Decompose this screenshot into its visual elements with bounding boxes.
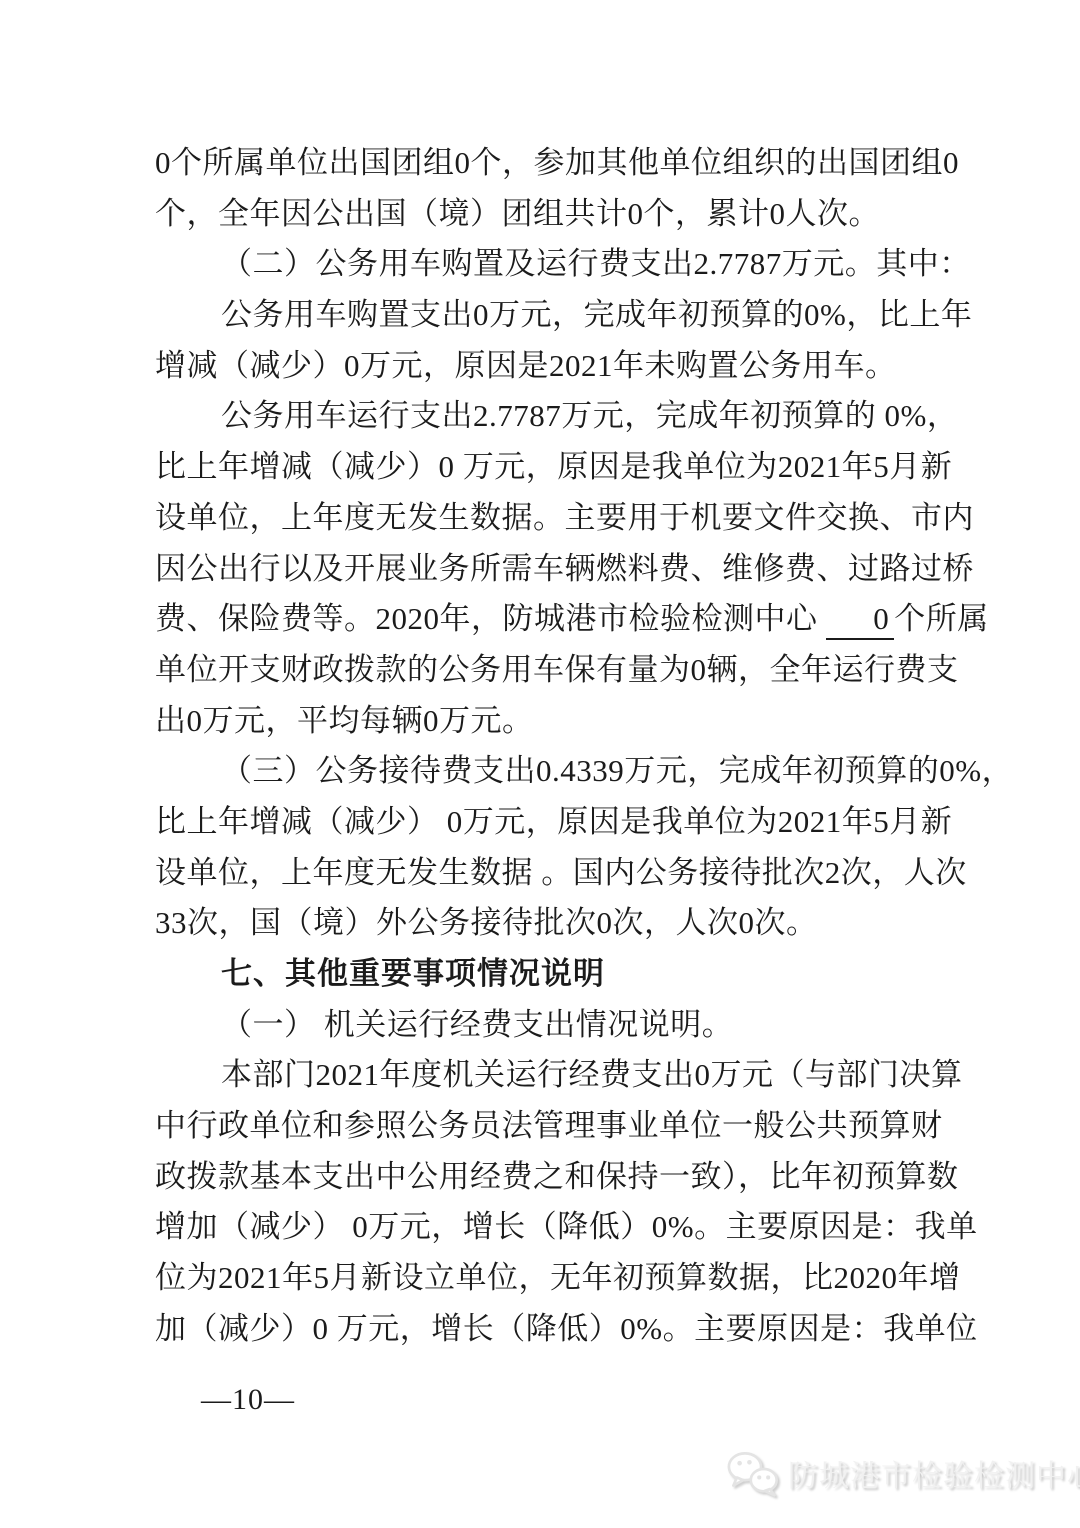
watermark: 防城港市检验检测中心 — [724, 1448, 1080, 1498]
text-line: 因公出行以及开展业务所需车辆燃料费、维修费、过路过桥 — [155, 544, 955, 595]
text-line: 位为2021年5月新设立单位，无年初预算数据，比2020年增 — [155, 1253, 955, 1304]
text-line: 个，全年因公出国（境）团组共计0个，累计0人次。 — [155, 189, 955, 240]
text-line: 0个所属单位出国团组0个，参加其他单位组织的出国团组0 — [155, 138, 955, 189]
wechat-icon — [724, 1448, 782, 1498]
text-line: 公务用车购置支出0万元，完成年初预算的0%，比上年 — [155, 290, 955, 341]
section-heading: 七、其他重要事项情况说明 — [155, 949, 955, 1000]
text-line: 设单位，上年度无发生数据 。国内公务接待批次2次，人次 — [155, 848, 955, 899]
text-line: 比上年增减（减少） 0万元，原因是我单位为2021年5月新 — [155, 797, 955, 848]
text-block: 0个所属单位出国团组0个，参加其他单位组织的出国团组0个，全年因公出国（境）团组… — [155, 138, 955, 1355]
text-line: 加（减少）0 万元，增长（降低）0%。主要原因是：我单位 — [155, 1304, 955, 1355]
text-line: （三）公务接待费支出0.4339万元，完成年初预算的0%， — [155, 746, 955, 797]
text-line: 增加（减少） 0万元，增长（降低）0%。主要原因是：我单 — [155, 1202, 955, 1253]
text-line: 设单位，上年度无发生数据。主要用于机要文件交换、市内 — [155, 493, 955, 544]
underlined-blank: 0 — [826, 600, 895, 640]
text-line: 比上年增减（减少）0 万元，原因是我单位为2021年5月新 — [155, 442, 955, 493]
text-line: 单位开支财政拨款的公务用车保有量为0辆，全年运行费支 — [155, 645, 955, 696]
watermark-label: 防城港市检验检测中心 — [788, 1451, 1080, 1495]
text-line: （一） 机关运行经费支出情况说明。 — [155, 1000, 955, 1051]
text-run: 个所属 — [894, 601, 989, 636]
text-line: 33次，国（境）外公务接待批次0次，人次0次。 — [155, 898, 955, 949]
text-line: 公务用车运行支出2.7787万元，完成年初预算的 0%， — [155, 391, 955, 442]
document-page: 0个所属单位出国团组0个，参加其他单位组织的出国团组0个，全年因公出国（境）团组… — [0, 0, 1080, 1528]
page-number: —10— — [201, 1378, 295, 1422]
text-line: 出0万元，平均每辆0万元。 — [155, 696, 955, 747]
text-line: 中行政单位和参照公务员法管理事业单位一般公共预算财 — [155, 1101, 955, 1152]
text-line: （二）公务用车购置及运行费支出2.7787万元。其中： — [155, 239, 955, 290]
text-line: 本部门2021年度机关运行经费支出0万元（与部门决算 — [155, 1050, 955, 1101]
text-line: 增减（减少）0万元，原因是2021年未购置公务用车。 — [155, 341, 955, 392]
text-line: 费、保险费等。2020年，防城港市检验检测中心 0个所属 — [155, 594, 955, 645]
text-run: 费、保险费等。2020年，防城港市检验检测中心 — [155, 601, 826, 636]
text-line: 政拨款基本支出中公用经费之和保持一致），比年初预算数 — [155, 1152, 955, 1203]
